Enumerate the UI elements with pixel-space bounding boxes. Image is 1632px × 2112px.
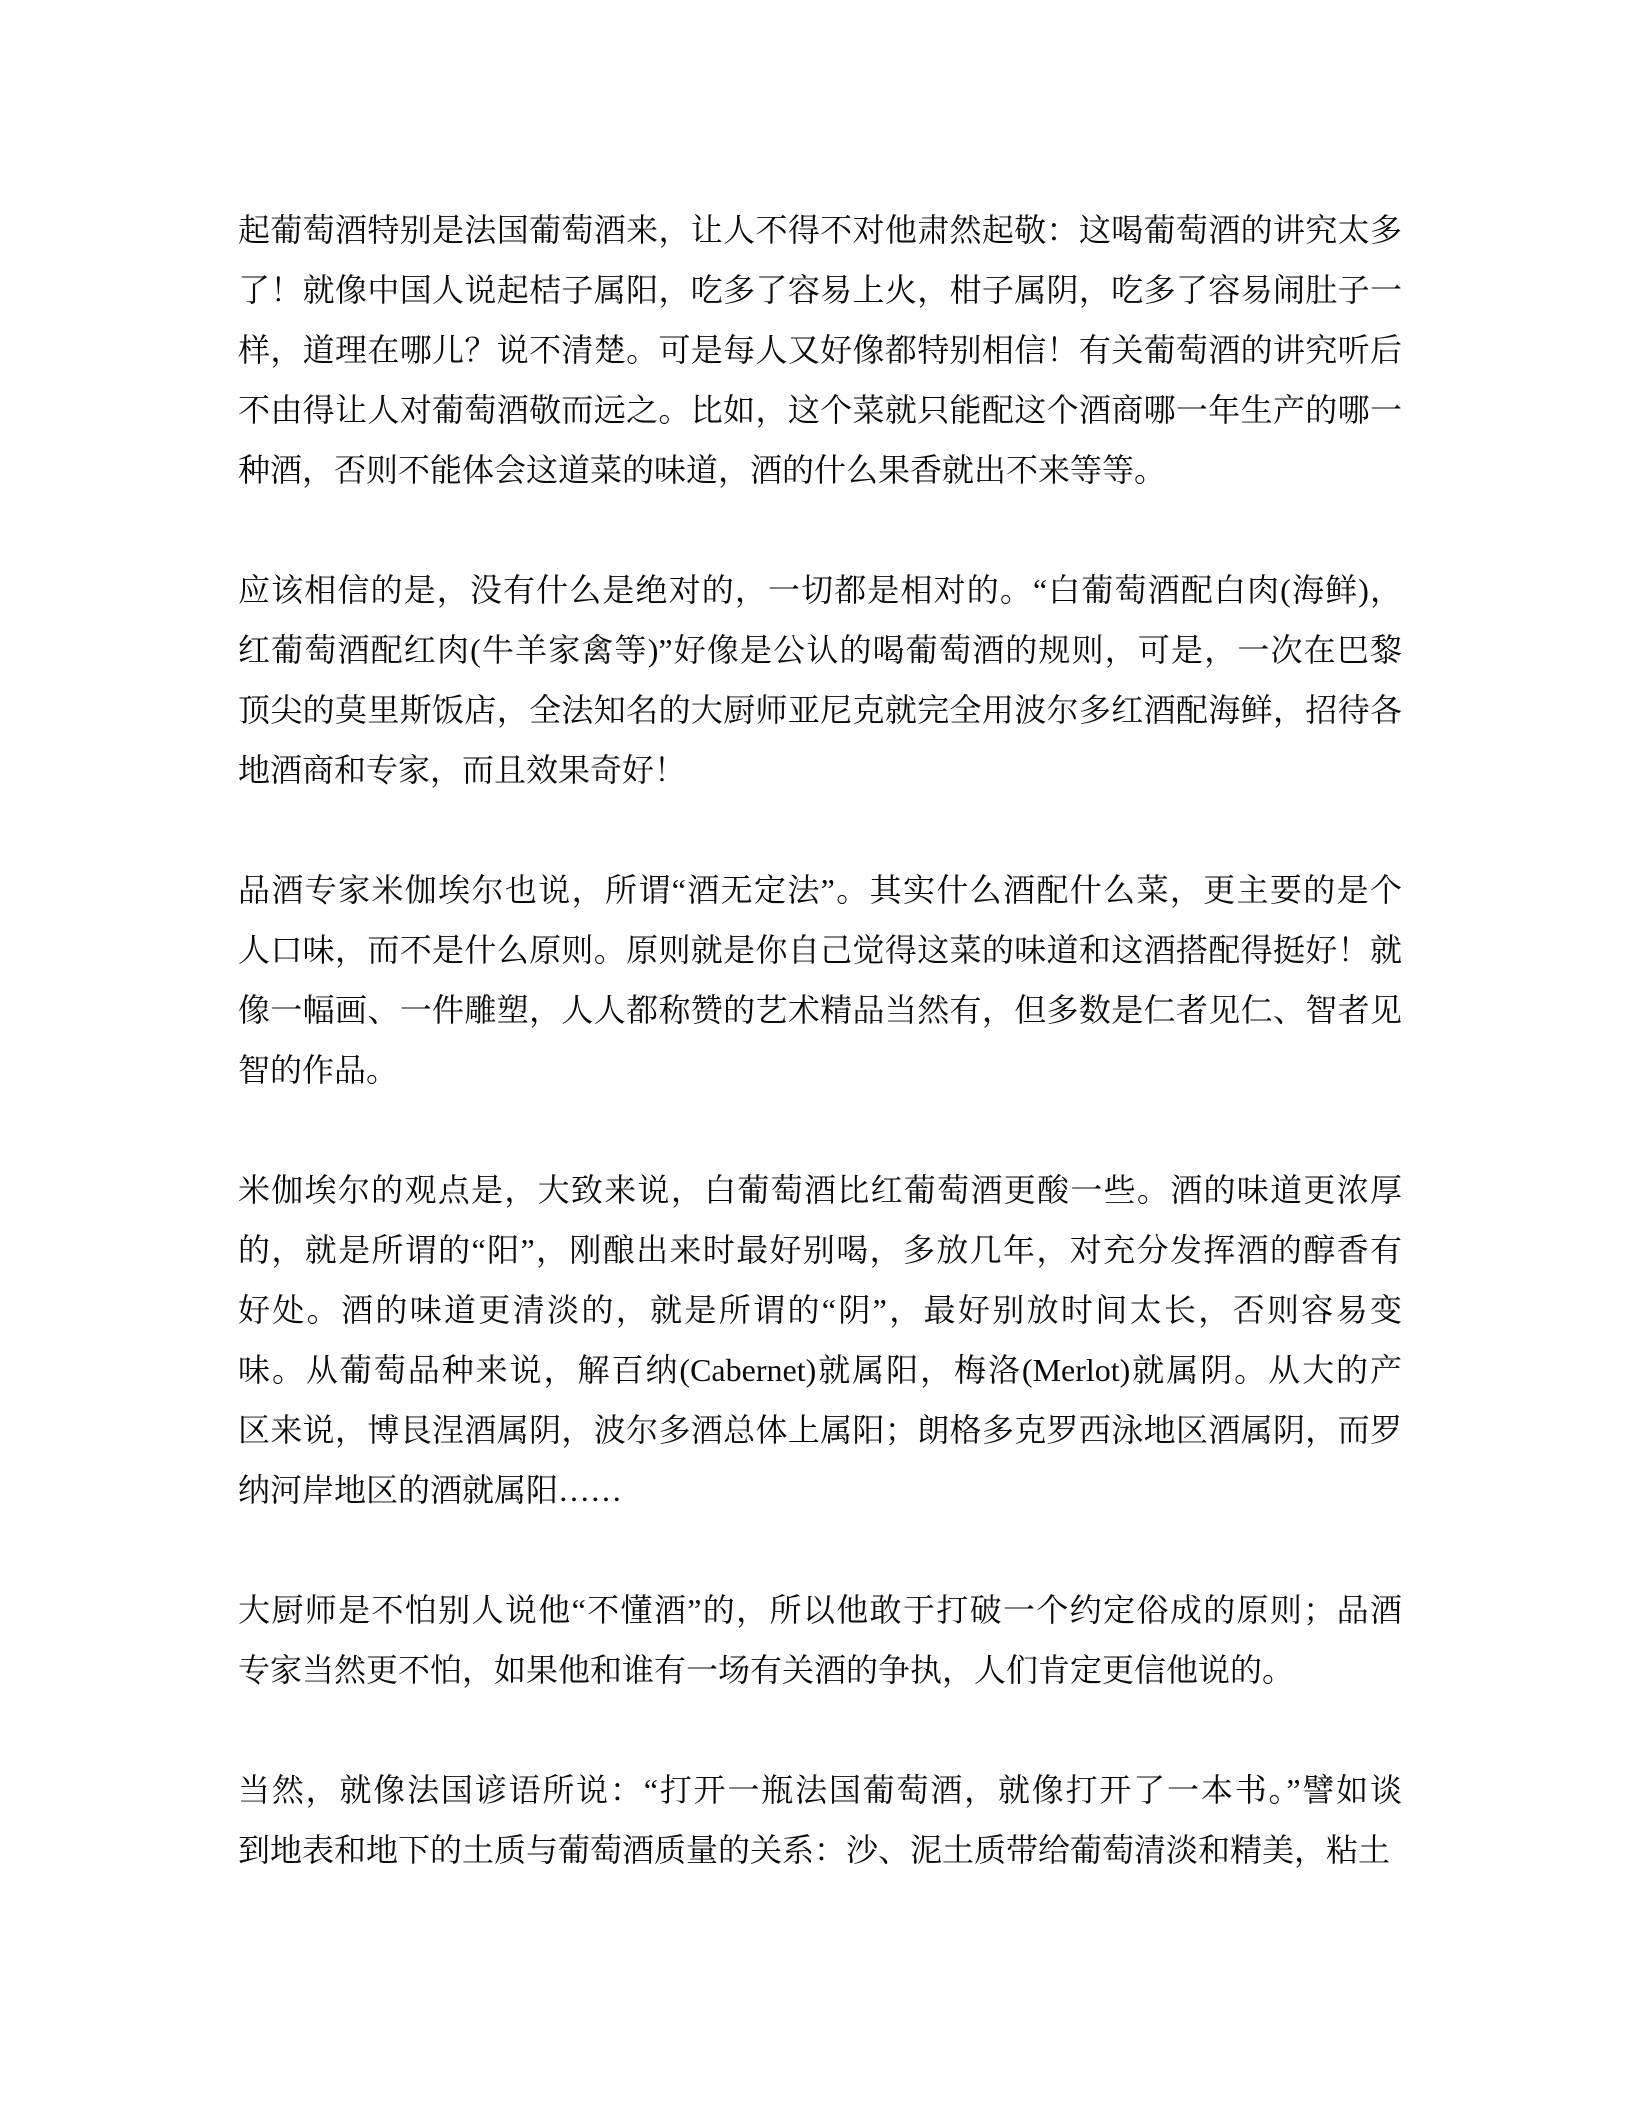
text-line: 区来说，博艮涅酒属阴，波尔多酒总体上属阳；朗格多克罗西泳地区酒属阴，而罗 [238,1400,1402,1460]
paragraph: 米伽埃尔的观点是，大致来说，白葡萄酒比红葡萄酒更酸一些。酒的味道更浓厚的，就是所… [238,1160,1402,1520]
text-line: 智的作品。 [238,1040,1402,1100]
text-line: 了！就像中国人说起桔子属阳，吃多了容易上火，柑子属阴，吃多了容易闹肚子一 [238,260,1402,320]
text-line: 到地表和地下的土质与葡萄酒质量的关系：沙、泥土质带给葡萄清淡和精美，粘土 [238,1820,1402,1880]
text-line: 好处。酒的味道更清淡的，就是所谓的“阴”，最好别放时间太长，否则容易变 [238,1280,1402,1340]
text-line: 不由得让人对葡萄酒敬而远之。比如，这个菜就只能配这个酒商哪一年生产的哪一 [238,380,1402,440]
text-line: 像一幅画、一件雕塑，人人都称赞的艺术精品当然有，但多数是仁者见仁、智者见 [238,980,1402,1040]
paragraph: 应该相信的是，没有什么是绝对的，一切都是相对的。“白葡萄酒配白肉(海鲜)，红葡萄… [238,560,1402,800]
paragraph: 当然，就像法国谚语所说：“打开一瓶法国葡萄酒，就像打开了一本书。”譬如谈到地表和… [238,1760,1402,1880]
text-line: 大厨师是不怕别人说他“不懂酒”的，所以他敢于打破一个约定俗成的原则；品酒 [238,1580,1402,1640]
text-line: 顶尖的莫里斯饭店，全法知名的大厨师亚尼克就完全用波尔多红酒配海鲜，招待各 [238,680,1402,740]
text-line: 样，道理在哪儿？说不清楚。可是每人又好像都特别相信！有关葡萄酒的讲究听后 [238,320,1402,380]
text-line: 红葡萄酒配红肉(牛羊家禽等)”好像是公认的喝葡萄酒的规则，可是，一次在巴黎 [238,620,1402,680]
text-line: 的，就是所谓的“阳”，刚酿出来时最好别喝，多放几年，对充分发挥酒的醇香有 [238,1220,1402,1280]
text-line: 种酒，否则不能体会这道菜的味道，酒的什么果香就出不来等等。 [238,440,1402,500]
text-line: 人口味，而不是什么原则。原则就是你自己觉得这菜的味道和这酒搭配得挺好！就 [238,920,1402,980]
text-line: 应该相信的是，没有什么是绝对的，一切都是相对的。“白葡萄酒配白肉(海鲜)， [238,560,1402,620]
text-line: 味。从葡萄品种来说，解百纳(Cabernet)就属阳，梅洛(Merlot)就属阴… [238,1340,1402,1400]
text-line: 当然，就像法国谚语所说：“打开一瓶法国葡萄酒，就像打开了一本书。”譬如谈 [238,1760,1402,1820]
text-line: 米伽埃尔的观点是，大致来说，白葡萄酒比红葡萄酒更酸一些。酒的味道更浓厚 [238,1160,1402,1220]
paragraph: 起葡萄酒特别是法国葡萄酒来，让人不得不对他肃然起敬：这喝葡萄酒的讲究太多了！就像… [238,200,1402,500]
document-text: 起葡萄酒特别是法国葡萄酒来，让人不得不对他肃然起敬：这喝葡萄酒的讲究太多了！就像… [238,200,1402,1880]
text-line: 品酒专家米伽埃尔也说，所谓“酒无定法”。其实什么酒配什么菜，更主要的是个 [238,860,1402,920]
text-line: 地酒商和专家，而且效果奇好！ [238,740,1402,800]
paragraph: 品酒专家米伽埃尔也说，所谓“酒无定法”。其实什么酒配什么菜，更主要的是个人口味，… [238,860,1402,1100]
text-line: 起葡萄酒特别是法国葡萄酒来，让人不得不对他肃然起敬：这喝葡萄酒的讲究太多 [238,200,1402,260]
paragraph: 大厨师是不怕别人说他“不懂酒”的，所以他敢于打破一个约定俗成的原则；品酒专家当然… [238,1580,1402,1700]
text-line: 纳河岸地区的酒就属阳…… [238,1460,1402,1520]
text-line: 专家当然更不怕，如果他和谁有一场有关酒的争执，人们肯定更信他说的。 [238,1640,1402,1700]
document-page: 起葡萄酒特别是法国葡萄酒来，让人不得不对他肃然起敬：这喝葡萄酒的讲究太多了！就像… [0,0,1632,2112]
